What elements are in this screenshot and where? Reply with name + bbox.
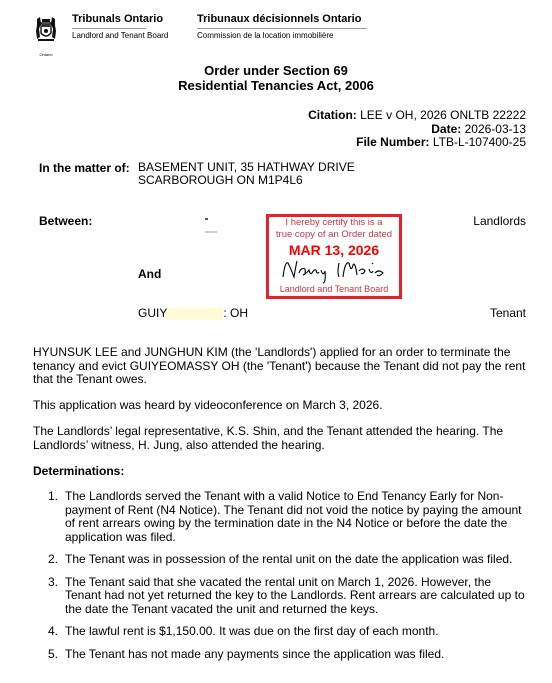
date-label: Date: — [431, 122, 461, 136]
determination-item: 4.The lawful rent is $1,150.00. It was d… — [33, 625, 529, 639]
file-number-label: File Number: — [356, 135, 429, 149]
title-line-1: Order under Section 69 — [0, 63, 552, 78]
matter-label: In the matter of: — [39, 161, 130, 175]
signature-icon — [279, 255, 389, 285]
citation-value: LEE v OH, 2026 ONLTB 22222 — [360, 108, 526, 122]
tenant-role: Tenant — [490, 306, 526, 320]
org-fr-subtitle: Commission de la location immobilière — [197, 31, 334, 40]
citation-block: Citation: LEE v OH, 2026 ONLTB 22222 Dat… — [308, 109, 526, 150]
stamp-line-2: true copy of an Order dated — [269, 230, 399, 241]
citation-label: Citation: — [308, 108, 357, 122]
intro-paragraph: HYUNSUK LEE and JUNGHUN KIM (the 'Landlo… — [33, 346, 533, 387]
title-line-2: Residential Tenancies Act, 2006 — [0, 78, 552, 93]
tenant-name: GUIY: OH — [138, 306, 248, 320]
header-rule-fr — [197, 28, 367, 29]
determination-item: 1.The Landlords served the Tenant with a… — [33, 490, 529, 544]
stamp-line-1: I hereby certify this is a — [269, 218, 399, 229]
date-value: 2026-03-13 — [465, 122, 526, 136]
stamp-footer: Landlord and Tenant Board — [269, 284, 399, 294]
redacted-tenant-name — [167, 308, 223, 320]
landlords-role: Landlords — [473, 214, 526, 228]
determinations-heading: Determinations: — [33, 465, 533, 479]
org-en-title: Tribunals Ontario — [72, 13, 163, 25]
tenant-name-end: OH — [230, 306, 248, 320]
hearing-paragraph: This application was heard by videoconfe… — [33, 399, 533, 413]
file-number-value: LTB-L-107400-25 — [433, 135, 526, 149]
redacted-landlord-name — [205, 218, 208, 220]
and-label: And — [138, 267, 161, 281]
attendance-paragraph: The Landlords’ legal representative, K.S… — [33, 425, 533, 452]
logo-caption: Ontario — [34, 52, 58, 57]
address-line-2: SCARBOROUGH ON M1P4L6 — [138, 174, 355, 187]
org-fr-title: Tribunaux décisionnels Ontario — [197, 13, 361, 25]
org-en-subtitle: Landlord and Tenant Board — [72, 31, 168, 40]
certified-copy-stamp: I hereby certify this is a true copy of … — [266, 214, 402, 299]
redacted-landlord-name-2 — [205, 231, 217, 233]
determination-item: 2.The Tenant was in possession of the re… — [33, 553, 529, 567]
tenant-name-start: GUIY — [138, 306, 167, 320]
ontario-coat-of-arms-logo: Ontario — [34, 15, 58, 49]
determinations-list: 1.The Landlords served the Tenant with a… — [33, 490, 529, 670]
header-rule-en — [72, 28, 146, 29]
between-label: Between: — [39, 214, 92, 228]
document-title: Order under Section 69 Residential Tenan… — [0, 63, 552, 93]
determination-item: 3.The Tenant said that she vacated the r… — [33, 576, 529, 617]
matter-address: BASEMENT UNIT, 35 HATHWAY DRIVE SCARBORO… — [138, 161, 355, 187]
determination-item: 5.The Tenant has not made any payments s… — [33, 648, 529, 662]
